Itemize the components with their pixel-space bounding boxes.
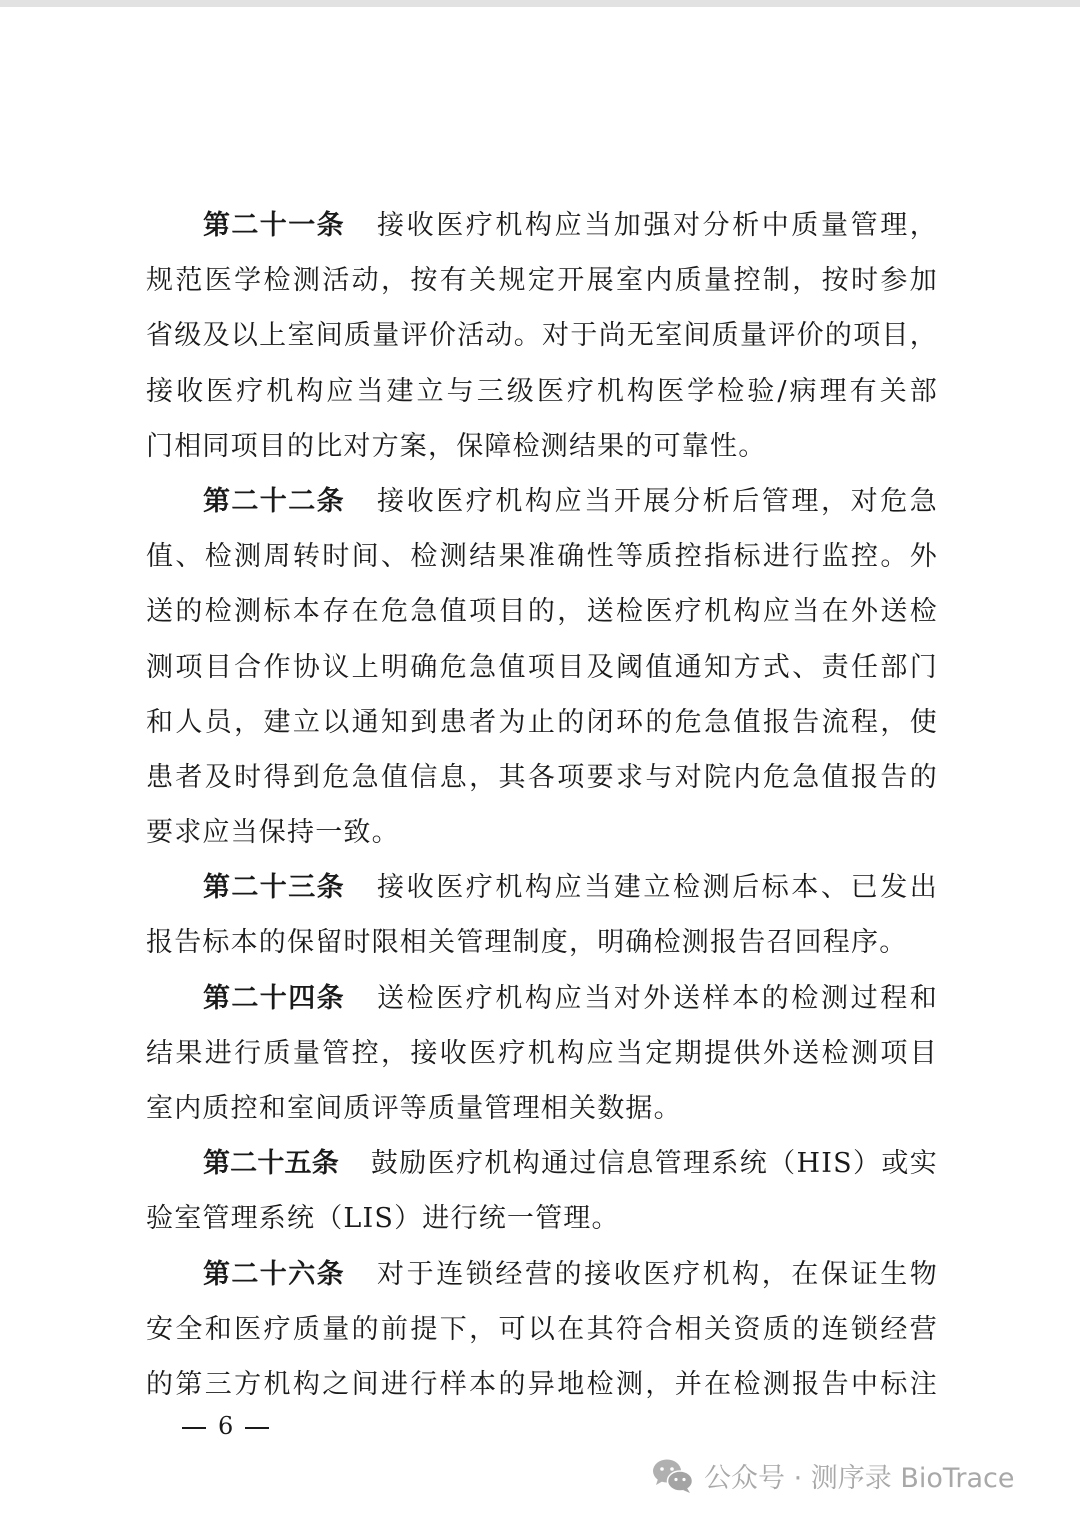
- article-23: 第二十三条接收医疗机构应当建立检测后标本、已发出 报告标本的保留时限相关管理制度…: [146, 860, 938, 970]
- wechat-watermark: 公众号 · 测序录 BioTrace: [652, 1456, 1015, 1495]
- article-text: 接收医疗机构应当建立检测后标本、已发出: [377, 872, 938, 903]
- article-line: 测项目合作协议上明确危急值项目及阈值通知方式、责任部门: [146, 640, 938, 695]
- document-page: 第二十一条接收医疗机构应当加强对分析中质量管理， 规范医学检测活动，按有关规定开…: [146, 198, 938, 1412]
- article-line: 规范医学检测活动，按有关规定开展室内质量控制，按时参加: [146, 253, 938, 308]
- article-first-line: 第二十五条鼓励医疗机构通过信息管理系统（HIS）或实: [146, 1136, 938, 1191]
- page-number-value: 6: [218, 1412, 233, 1440]
- article-text: 送检医疗机构应当对外送样本的检测过程和: [377, 983, 938, 1014]
- article-text: 鼓励医疗机构通过信息管理系统（HIS）或实: [371, 1148, 938, 1179]
- article-text: 对于连锁经营的接收医疗机构，在保证生物: [377, 1259, 938, 1290]
- article-line: 报告标本的保留时限相关管理制度，明确检测报告召回程序。: [146, 915, 938, 970]
- article-line: 接收医疗机构应当建立与三级医疗机构医学检验/病理有关部: [146, 364, 938, 419]
- article-22: 第二十二条接收医疗机构应当开展分析后管理，对危急 值、检测周转时间、检测结果准确…: [146, 474, 938, 860]
- wechat-icon: [652, 1458, 694, 1494]
- article-line: 门相同项目的比对方案，保障检测结果的可靠性。: [146, 419, 938, 474]
- article-first-line: 第二十六条对于连锁经营的接收医疗机构，在保证生物: [146, 1247, 938, 1302]
- article-first-line: 第二十一条接收医疗机构应当加强对分析中质量管理，: [146, 198, 938, 253]
- article-number: 第二十四条: [203, 983, 345, 1014]
- article-line: 值、检测周转时间、检测结果准确性等质控指标进行监控。外: [146, 529, 938, 584]
- article-21: 第二十一条接收医疗机构应当加强对分析中质量管理， 规范医学检测活动，按有关规定开…: [146, 198, 938, 474]
- watermark-text: 公众号 · 测序录 BioTrace: [704, 1456, 1015, 1495]
- article-line: 安全和医疗质量的前提下，可以在其符合相关资质的连锁经营: [146, 1302, 938, 1357]
- article-line: 送的检测标本存在危急值项目的，送检医疗机构应当在外送检: [146, 584, 938, 639]
- article-number: 第二十六条: [203, 1259, 345, 1290]
- article-line: 室内质控和室间质评等质量管理相关数据。: [146, 1081, 938, 1136]
- article-number: 第二十三条: [203, 872, 345, 903]
- article-number: 第二十二条: [203, 486, 345, 517]
- article-number: 第二十一条: [203, 210, 345, 241]
- page-number-dash-right: [245, 1427, 269, 1429]
- article-first-line: 第二十四条送检医疗机构应当对外送样本的检测过程和: [146, 971, 938, 1026]
- article-line: 验室管理系统（LIS）进行统一管理。: [146, 1191, 938, 1246]
- article-line: 要求应当保持一致。: [146, 805, 938, 860]
- article-24: 第二十四条送检医疗机构应当对外送样本的检测过程和 结果进行质量管控，接收医疗机构…: [146, 971, 938, 1137]
- article-text: 接收医疗机构应当加强对分析中质量管理，: [377, 210, 938, 241]
- article-text: 接收医疗机构应当开展分析后管理，对危急: [377, 486, 938, 517]
- article-line: 和人员，建立以通知到患者为止的闭环的危急值报告流程，使: [146, 695, 938, 750]
- article-25: 第二十五条鼓励医疗机构通过信息管理系统（HIS）或实 验室管理系统（LIS）进行…: [146, 1136, 938, 1246]
- article-26: 第二十六条对于连锁经营的接收医疗机构，在保证生物 安全和医疗质量的前提下，可以在…: [146, 1247, 938, 1413]
- article-first-line: 第二十二条接收医疗机构应当开展分析后管理，对危急: [146, 474, 938, 529]
- article-number: 第二十五条: [203, 1148, 339, 1179]
- top-border-strip: [0, 0, 1080, 7]
- article-line: 的第三方机构之间进行样本的异地检测，并在检测报告中标注: [146, 1357, 938, 1412]
- article-line: 结果进行质量管控，接收医疗机构应当定期提供外送检测项目: [146, 1026, 938, 1081]
- article-first-line: 第二十三条接收医疗机构应当建立检测后标本、已发出: [146, 860, 938, 915]
- article-line: 患者及时得到危急值信息，其各项要求与对院内危急值报告的: [146, 750, 938, 805]
- article-line: 省级及以上室间质量评价活动。对于尚无室间质量评价的项目，: [146, 308, 938, 363]
- page-number: 6: [170, 1412, 281, 1440]
- page-number-dash-left: [182, 1427, 206, 1429]
